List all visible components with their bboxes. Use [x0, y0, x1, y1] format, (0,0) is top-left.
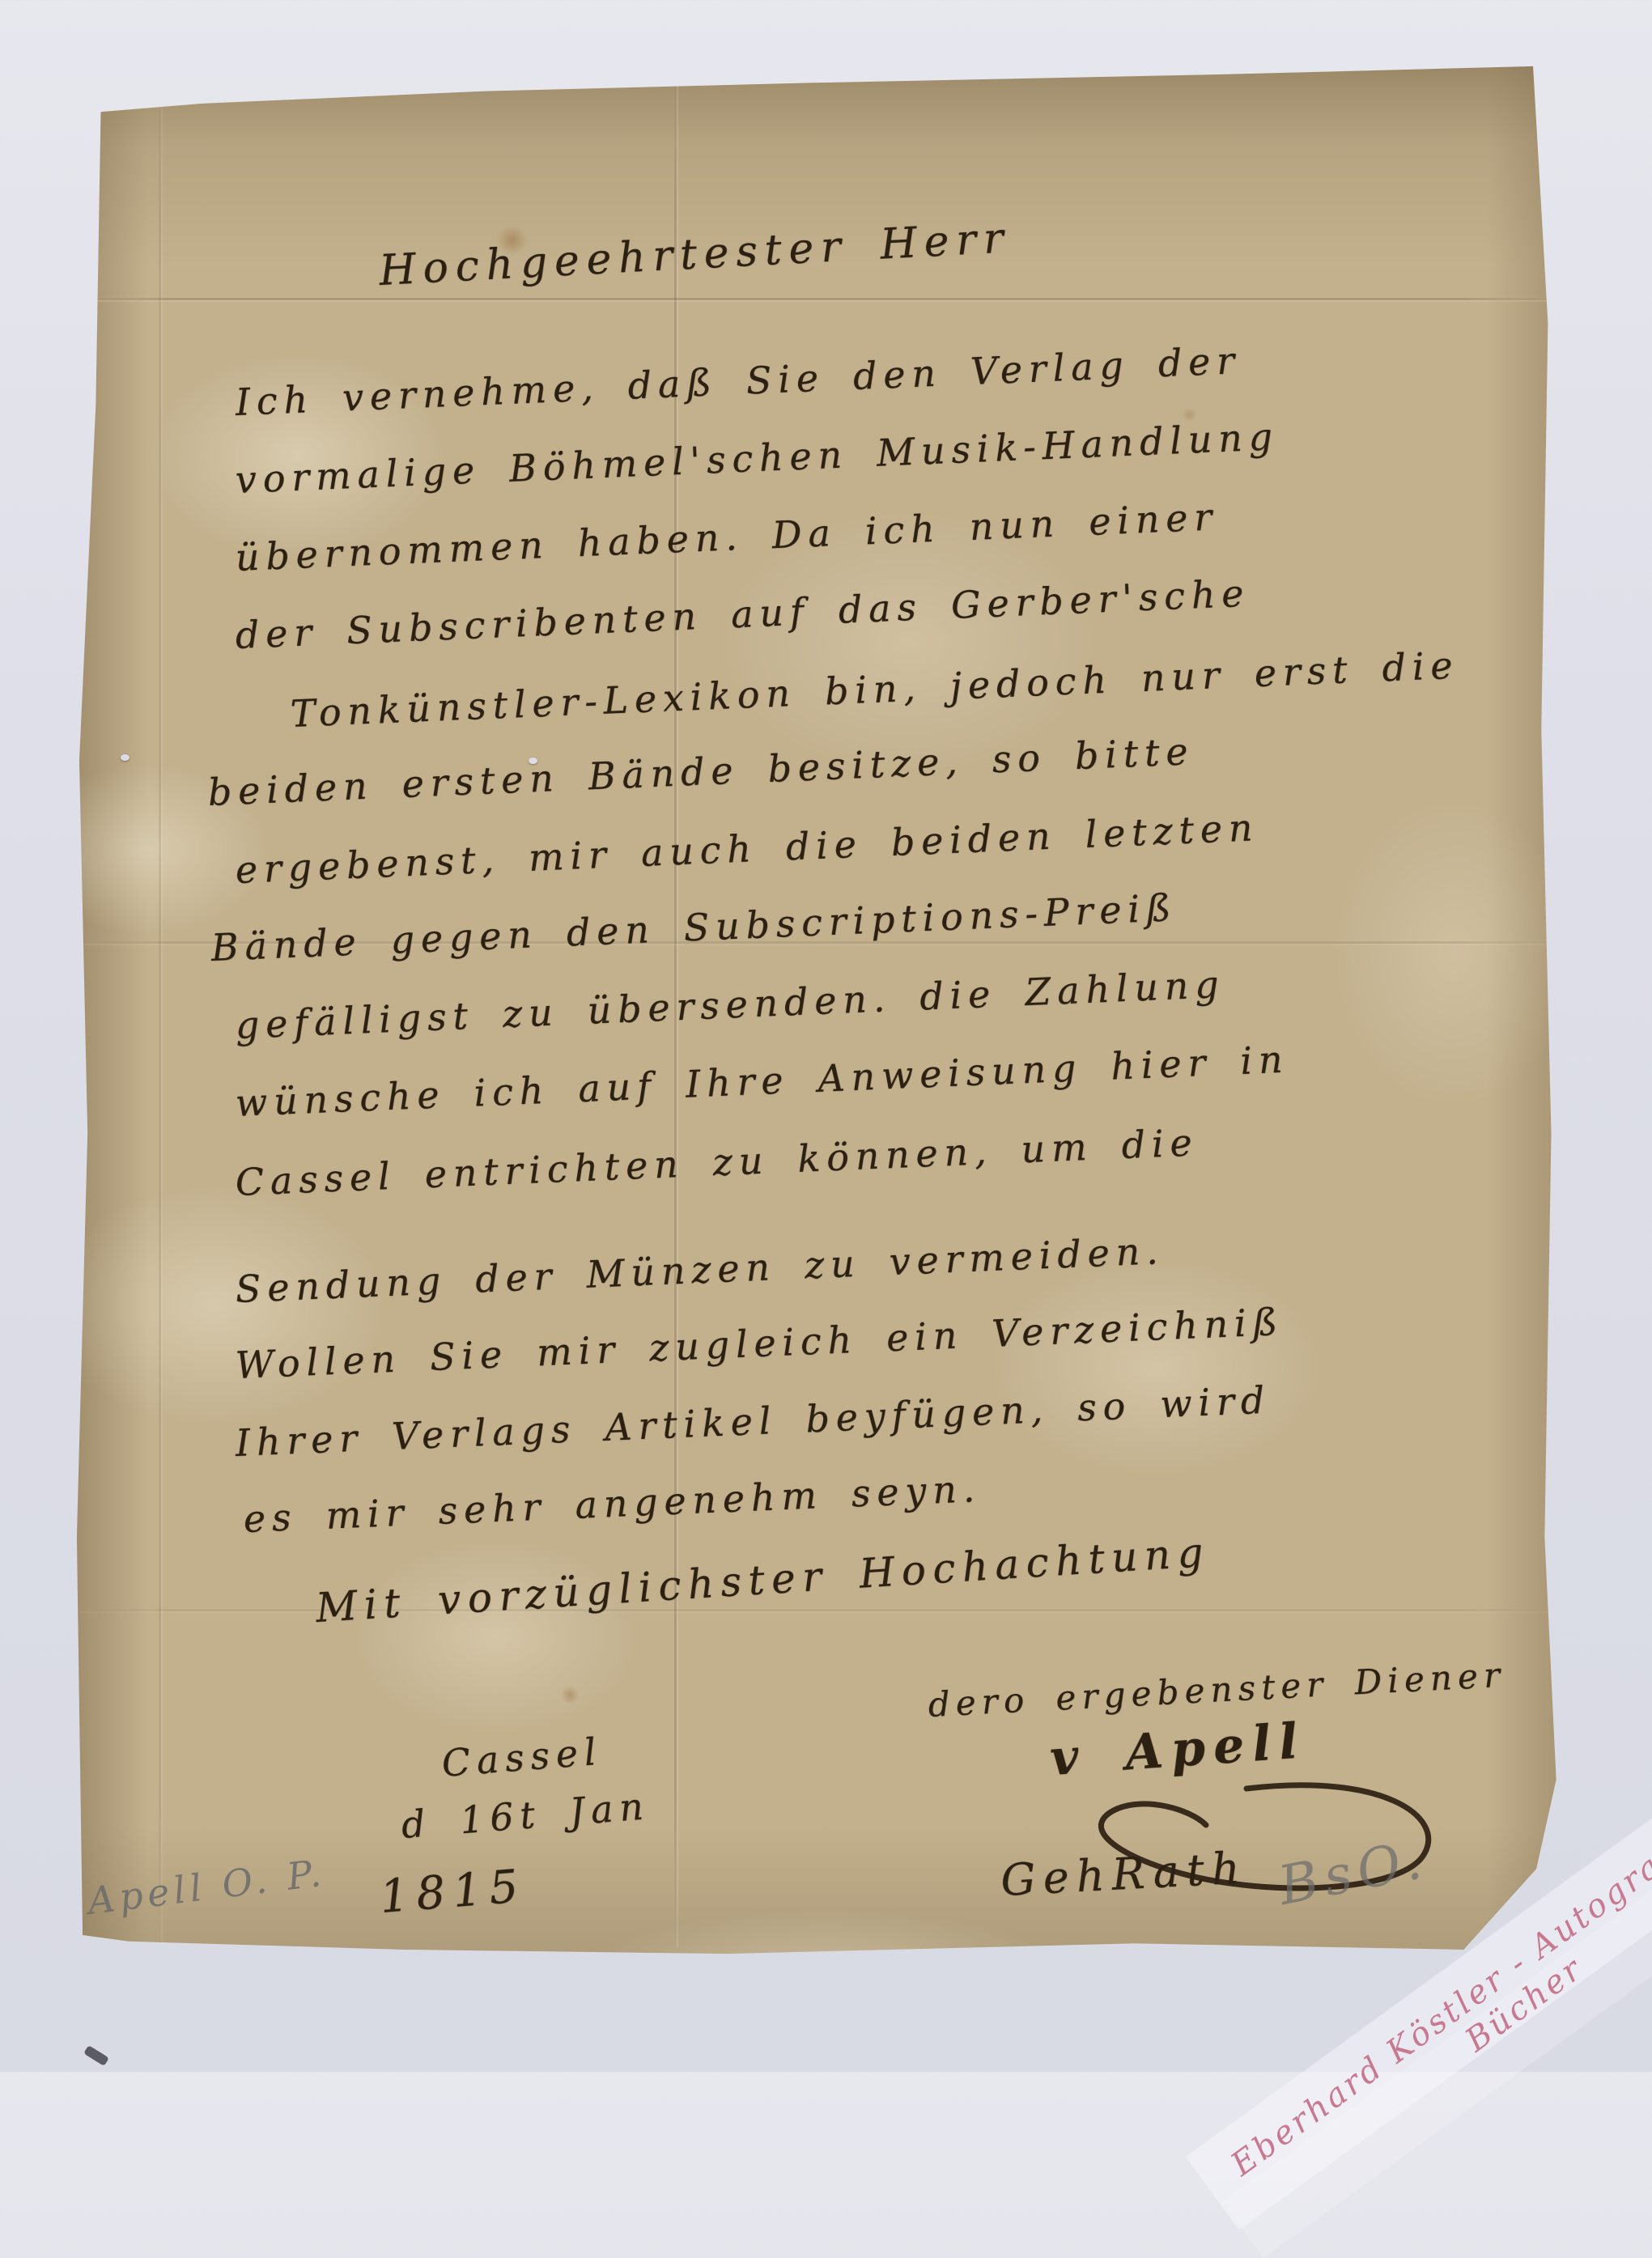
- letter-line: ergebenst, mir auch die beiden letzten: [235, 805, 1260, 892]
- letter-line: vormalige Böhmel'schen Musik-Handlung: [235, 414, 1280, 502]
- lower-fold-crease: [79, 1609, 1553, 1611]
- signature: v Apell: [1048, 1713, 1307, 1787]
- letter-line: Sendung der Münzen zu vermeiden.: [235, 1229, 1166, 1311]
- letter-line: beiden ersten Bände besitze, so bitte: [207, 729, 1195, 814]
- left-fold-crease: [159, 62, 161, 1948]
- letter-line: wünsche ich auf Ihre Anweisung hier in: [235, 1038, 1290, 1125]
- pencil-dealer-mark: BsO.: [1273, 1827, 1433, 1917]
- pinhole-left: [121, 754, 130, 761]
- upper-fold-crease: [79, 298, 1553, 300]
- letter-line: es mir sehr angenehm seyn.: [243, 1466, 982, 1541]
- valediction-line: dero ergebenster Diener: [927, 1655, 1506, 1725]
- letter-paper: Hochgeehrtester Herr Ich vernehme, daß S…: [0, 0, 1652, 2072]
- letter-line: Cassel entrichten zu können, um die: [235, 1120, 1200, 1204]
- letter-line: Bände gegen den Subscriptions-Preiß: [210, 885, 1178, 970]
- letter-line: der Subscribenten auf das Gerber'sche: [235, 571, 1251, 657]
- dateline-place: Cassel: [440, 1730, 604, 1785]
- letter-line: Tonkünstler-Lexikon bin, jedoch nur erst…: [290, 643, 1460, 736]
- scan-background: Hochgeehrtester Herr Ich vernehme, daß S…: [0, 0, 1652, 2072]
- scan-corner-mark: [83, 2045, 109, 2066]
- letter-line: Ihrer Verlags Artikel beyfügen, so wird: [235, 1377, 1272, 1465]
- letter-line: übernommen haben. Da ich nun einer: [235, 494, 1219, 579]
- salutation: Hochgeehrtester Herr: [378, 214, 1012, 295]
- pencil-attribution-note: Apell O. P.: [85, 1850, 328, 1923]
- closing-line: Mit vorzüglichster Hochachtung: [314, 1529, 1211, 1632]
- letter-line: Wollen Sie mir zugleich ein Verzeichniß: [235, 1300, 1285, 1387]
- dateline-day: d 16t Jan: [400, 1784, 652, 1847]
- signature-title: GehRath: [1000, 1842, 1249, 1906]
- letter-line: gefälligst zu übersenden. die Zahlung: [235, 962, 1226, 1047]
- letter-line: Ich vernehme, daß Sie den Verlag der: [235, 338, 1242, 424]
- dateline-year: 1815: [378, 1860, 528, 1924]
